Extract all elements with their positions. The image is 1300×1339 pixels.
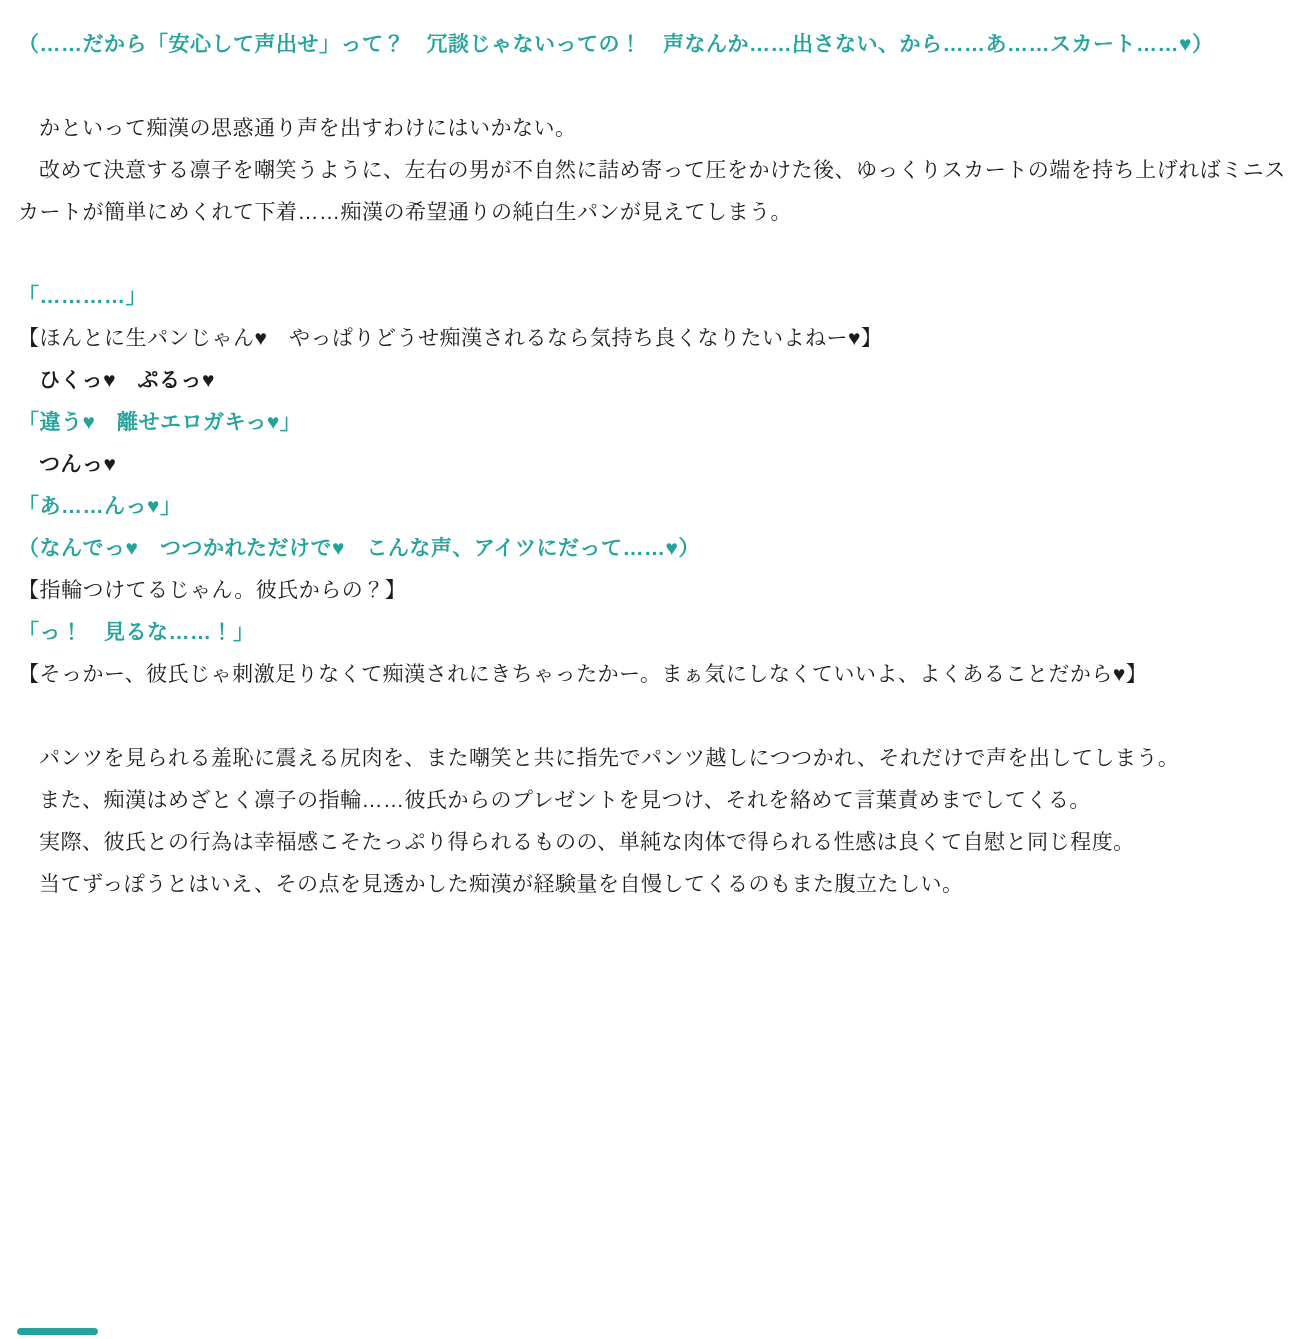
narration-line: 実際、彼氏との行為は幸福感こそたっぷり得られるものの、単純な肉体で得られる性感は… [18,822,1282,864]
heroine-dialogue-line: 「あ……んっ♥」 [18,486,1282,528]
narration-line: また、痴漢はめざとく凛子の指輪……彼氏からのプレゼントを見つけ、それを絡めて言葉… [18,780,1282,822]
molester-dialogue-line: 【そっかー、彼氏じゃ刺激足りなくて痴漢されにきちゃったかー。まぁ気にしなくていい… [18,654,1282,696]
narration-line: 改めて決意する凛子を嘲笑うように、左右の男が不自然に詰め寄って圧をかけた後、ゆっ… [18,150,1282,192]
monologue-line: （……だから「安心して声出せ」って？ 冗談じゃないっての！ 声なんか……出さない… [18,24,1282,66]
novel-text-page: （……だから「安心して声出せ」って？ 冗談じゃないっての！ 声なんか……出さない… [0,0,1300,1339]
heroine-dialogue-line: 「…………」 [18,276,1282,318]
narration-line: 当てずっぽうとはいえ、その点を見透かした痴漢が経験量を自慢してくるのもまた腹立た… [18,864,1282,906]
sfx-line: つんっ♥ [18,444,1282,486]
sfx-line: ひくっ♥ ぷるっ♥ [18,360,1282,402]
text-lines-container: （……だから「安心して声出せ」って？ 冗談じゃないっての！ 声なんか……出さない… [18,24,1282,906]
heroine-dialogue-line: 「違う♥ 離せエロガキっ♥」 [18,402,1282,444]
narration-line: パンツを見られる羞恥に震える尻肉を、また嘲笑と共に指先でパンツ越しにつつかれ、そ… [18,738,1282,780]
molester-dialogue-line: 【ほんとに生パンじゃん♥ やっぱりどうせ痴漢されるなら気持ち良くなりたいよねー♥… [18,318,1282,360]
narration-line: かといって痴漢の思惑通り声を出すわけにはいかない。 [18,108,1282,150]
molester-dialogue-line: 【指輪つけてるじゃん。彼氏からの？】 [18,570,1282,612]
page-progress-bar [17,1328,98,1335]
monologue-line: （なんでっ♥ つつかれただけで♥ こんな声、アイツにだって……♥） [18,528,1282,570]
heroine-dialogue-line: 「っ！ 見るな……！」 [18,612,1282,654]
narration-line: カートが簡単にめくれて下着……痴漢の希望通りの純白生パンが見えてしまう。 [18,192,1282,234]
